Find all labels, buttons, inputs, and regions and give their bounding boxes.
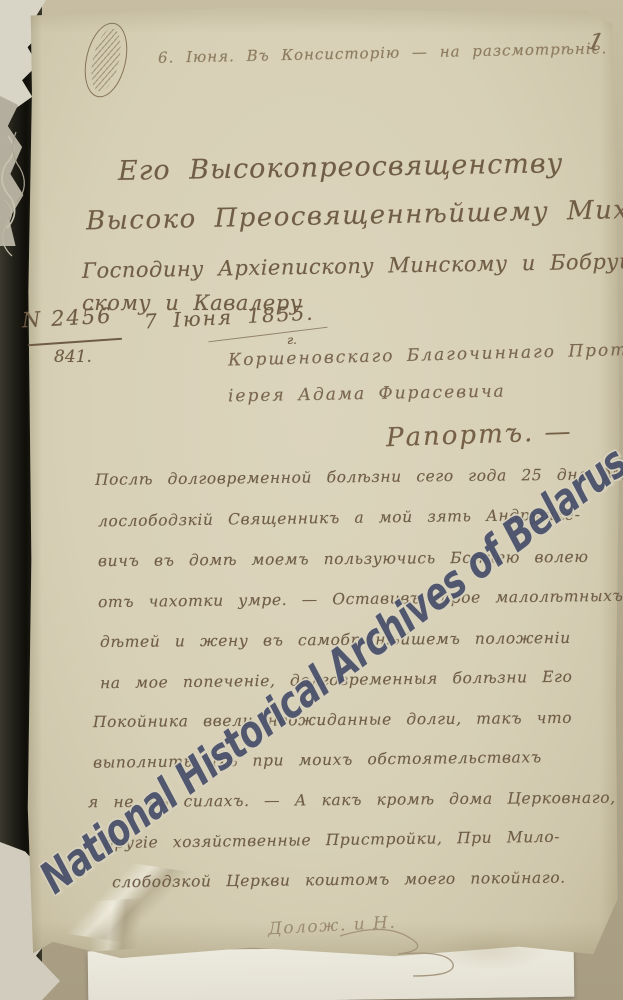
date-suffix: г. bbox=[287, 333, 297, 347]
docket-flourish bbox=[330, 928, 460, 978]
registration-denominator: 841. bbox=[54, 347, 92, 367]
archive-scan: 6. Іюня. Въ Консисторію — на разсмотрѣні… bbox=[0, 0, 623, 1000]
registration-number: N 2456 bbox=[21, 304, 113, 333]
